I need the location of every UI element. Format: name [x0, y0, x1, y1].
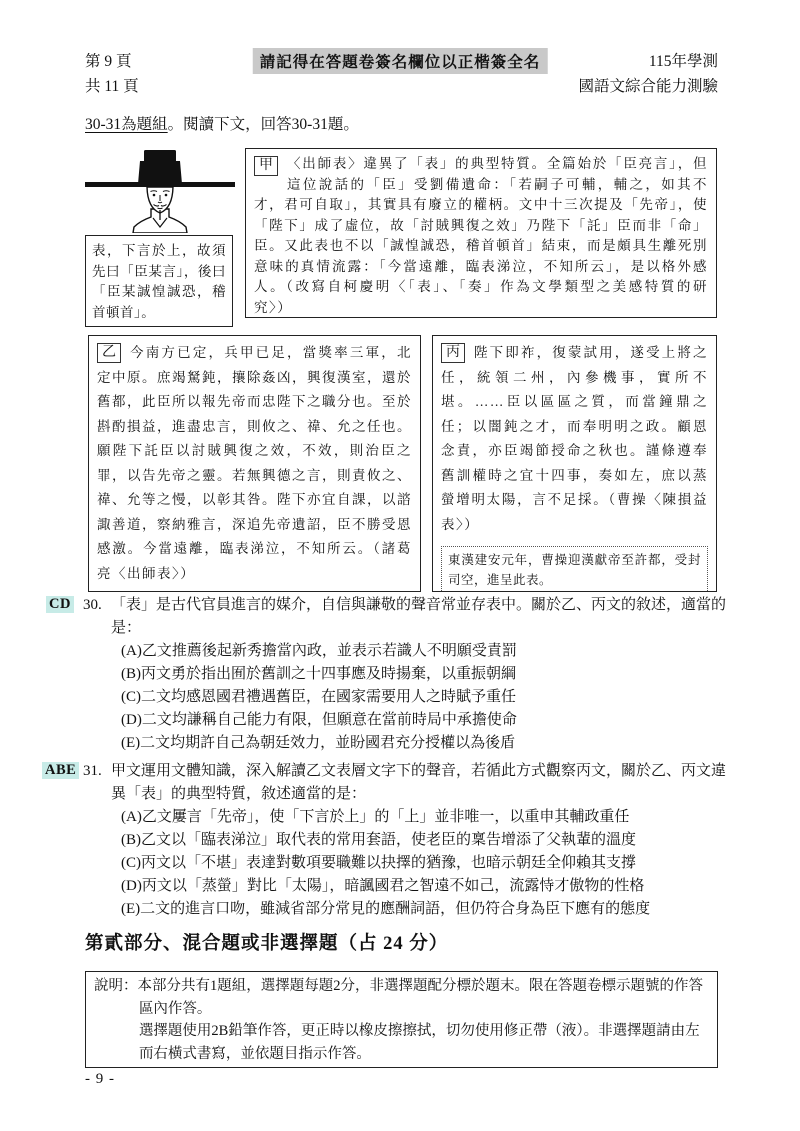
- passage-bing-label: 丙: [441, 343, 465, 363]
- page-total-line: 共 11 頁: [85, 74, 139, 99]
- footer-page-number: - 9 -: [85, 1071, 115, 1088]
- question-group-intro: 30-31為題組。閱讀下文，回答30-31題。: [85, 112, 359, 134]
- question-31: 31. 甲文運用文體知識，深入解讀乙文表層文字下的聲音，若循此方式觀察丙文，關於…: [83, 760, 731, 921]
- passage-yi-box: 乙今南方已定，兵甲已足，當獎率三軍，北定中原。庶竭駑鈍，攘除姦凶，興復漢室，還於…: [88, 335, 421, 592]
- page-counter: 第 9 頁 共 11 頁: [85, 49, 139, 99]
- option-e: (E)二文均期許自己為朝廷效力，並盼國君充分授權以為後盾: [121, 732, 731, 755]
- signature-notice: 請記得在答題卷簽名欄位以正楷簽全名: [253, 48, 548, 74]
- passage-jia-box: 甲〈出師表〉違異了「表」的典型特質。全篇始於「臣亮言」，但這位說話的「臣」受劉備…: [245, 148, 717, 318]
- question-31-stem: 甲文運用文體知識，深入解讀乙文表層文字下的聲音，若循此方式觀察丙文，關於乙、丙文…: [111, 760, 731, 806]
- figure-caption-box: 表，下言於上，故須先曰「臣某言」，後曰「臣某誠惶誠恐，稽首頓首」。: [85, 235, 233, 327]
- answer-key-q30: CD: [46, 596, 74, 613]
- option-a: (A)乙文屢言「先帝」，使「下言於上」的「上」並非唯一，以重申其輔政重任: [121, 806, 731, 829]
- official-portrait-icon: [85, 149, 235, 233]
- section-2-title: 第貳部分、混合題或非選擇題（占 24 分）: [85, 929, 448, 955]
- option-b: (B)丙文勇於指出囿於舊訓之十四事應及時揚棄，以重振朝綱: [121, 663, 731, 686]
- question-30: 30. 「表」是古代官員進言的媒介，自信與謙敬的聲音常並存表中。關於乙、丙文的敘…: [83, 594, 731, 755]
- passage-bing-note: 東漢建安元年，曹操迎漢獻帝至許都，受封司空，進呈此表。: [441, 546, 708, 592]
- instructions-line-1: 說明：本部分共有1題組，選擇題每題2分，非選擇題配分標於題末。限在答題卷標示題號…: [94, 975, 709, 1020]
- option-c: (C)丙文以「不堪」表達對數項要職難以抉擇的猶豫，也暗示朝廷全仰賴其支撐: [121, 852, 731, 875]
- exam-page: 第 9 頁 共 11 頁 請記得在答題卷簽名欄位以正楷簽全名 115年學測 國語…: [0, 0, 800, 1131]
- passage-yi-label: 乙: [97, 343, 121, 363]
- section-2-instructions-box: 說明：本部分共有1題組，選擇題每題2分，非選擇題配分標於題末。限在答題卷標示題號…: [85, 971, 718, 1068]
- option-d: (D)二文均謙稱自己能力有限，但願意在當前時局中承擔使命: [121, 709, 731, 732]
- question-group-label: 30-31為題組: [85, 116, 168, 133]
- option-d: (D)丙文以「蒸螢」對比「太陽」，暗諷國君之智遠不如己，流露恃才傲物的性格: [121, 875, 731, 898]
- passage-bing-text: 陛下即祚，復蒙試用，遂受上將之任，統領二州，內參機事，實所不堪。……臣以區區之質…: [441, 345, 708, 532]
- passage-jia-label: 甲: [254, 156, 278, 176]
- option-b: (B)乙文以「臨表涕泣」取代表的常用套語，使老臣的稟告增添了父執輩的溫度: [121, 829, 731, 852]
- option-e: (E)二文的進言口吻，雖減省部分常見的應酬詞語，但仍符合身為臣下應有的態度: [121, 898, 731, 921]
- exam-name: 國語文綜合能力測驗: [578, 74, 718, 99]
- passage-yi-text: 今南方已定，兵甲已足，當獎率三軍，北定中原。庶竭駑鈍，攘除姦凶，興復漢室，還於舊…: [97, 345, 412, 581]
- question-31-options: (A)乙文屢言「先帝」，使「下言於上」的「上」並非唯一，以重申其輔政重任 (B)…: [121, 806, 731, 921]
- instructions-line-2: 選擇題使用2B鉛筆作答，更正時以橡皮擦擦拭，切勿使用修正帶（液）。非選擇題請由左…: [94, 1020, 709, 1065]
- figure-column: 表，下言於上，故須先曰「臣某言」，後曰「臣某誠惶誠恐，稽首頓首」。: [85, 149, 235, 327]
- exam-year: 115年學測: [578, 49, 718, 74]
- question-31-number: 31.: [83, 760, 111, 806]
- answer-key-q31: ABE: [42, 762, 79, 779]
- passage-jia-text: 〈出師表〉違異了「表」的典型特質。全篇始於「臣亮言」，但這位說話的「臣」受劉備遺…: [254, 156, 708, 315]
- question-group-instruction: 。閱讀下文，回答30-31題。: [168, 116, 359, 133]
- passage-bing-box: 丙陛下即祚，復蒙試用，遂受上將之任，統領二州，內參機事，實所不堪。……臣以區區之…: [432, 335, 717, 592]
- option-a: (A)乙文推薦後起新秀擔當內政，並表示若識人不明願受責罰: [121, 640, 731, 663]
- option-c: (C)二文均感恩國君禮遇舊臣，在國家需要用人之時賦予重任: [121, 686, 731, 709]
- question-30-stem: 「表」是古代官員進言的媒介，自信與謙敬的聲音常並存表中。關於乙、丙文的敘述，適當…: [111, 594, 731, 640]
- exam-identity: 115年學測 國語文綜合能力測驗: [578, 49, 718, 99]
- page-number-line: 第 9 頁: [85, 49, 139, 74]
- question-30-options: (A)乙文推薦後起新秀擔當內政，並表示若識人不明願受責罰 (B)丙文勇於指出囿於…: [121, 640, 731, 755]
- question-30-number: 30.: [83, 594, 111, 640]
